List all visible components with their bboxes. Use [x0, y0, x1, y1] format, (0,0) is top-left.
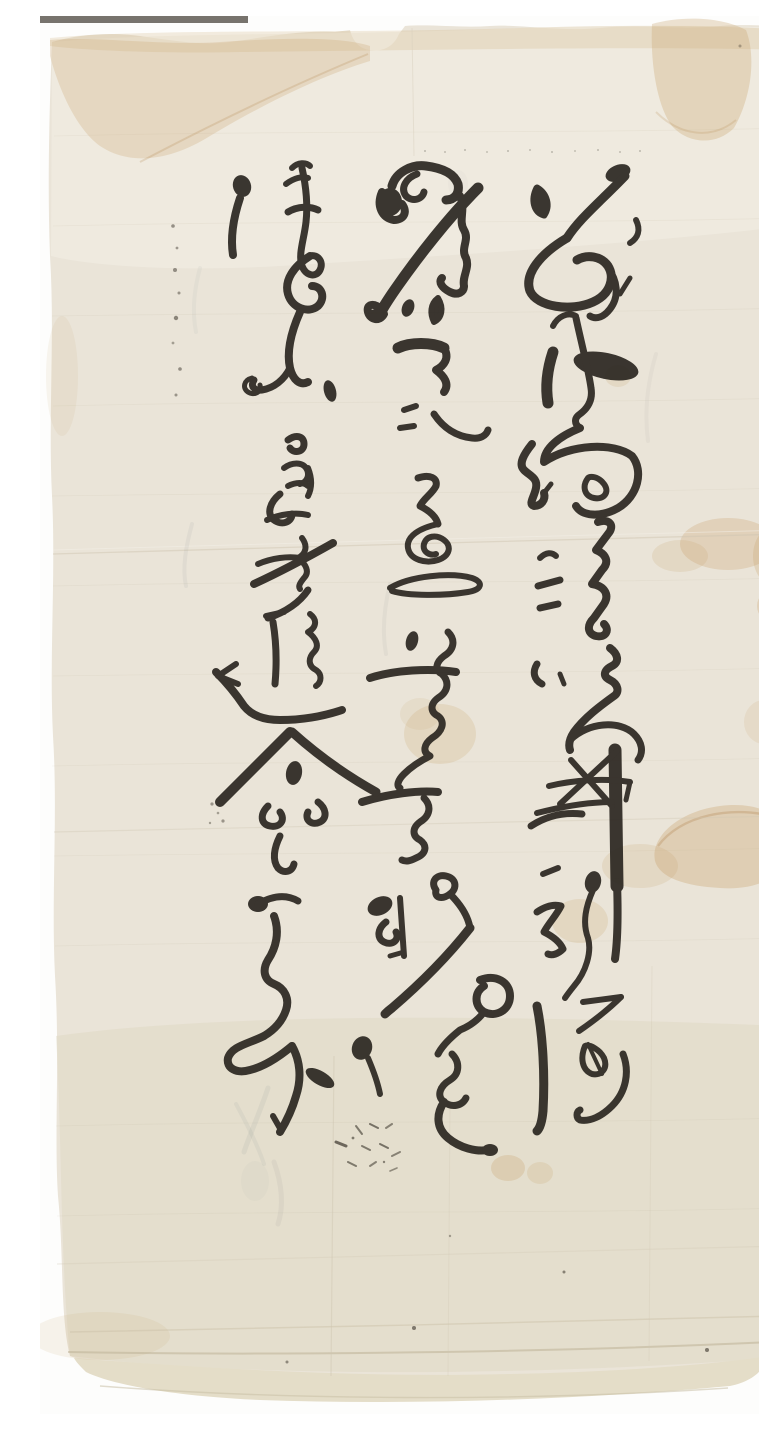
top-edge-shadow — [40, 16, 248, 23]
calligraphy-canvas — [40, 16, 759, 1414]
calligraphy-photo: Cursive brush calligraphy sheet — [40, 16, 759, 1414]
